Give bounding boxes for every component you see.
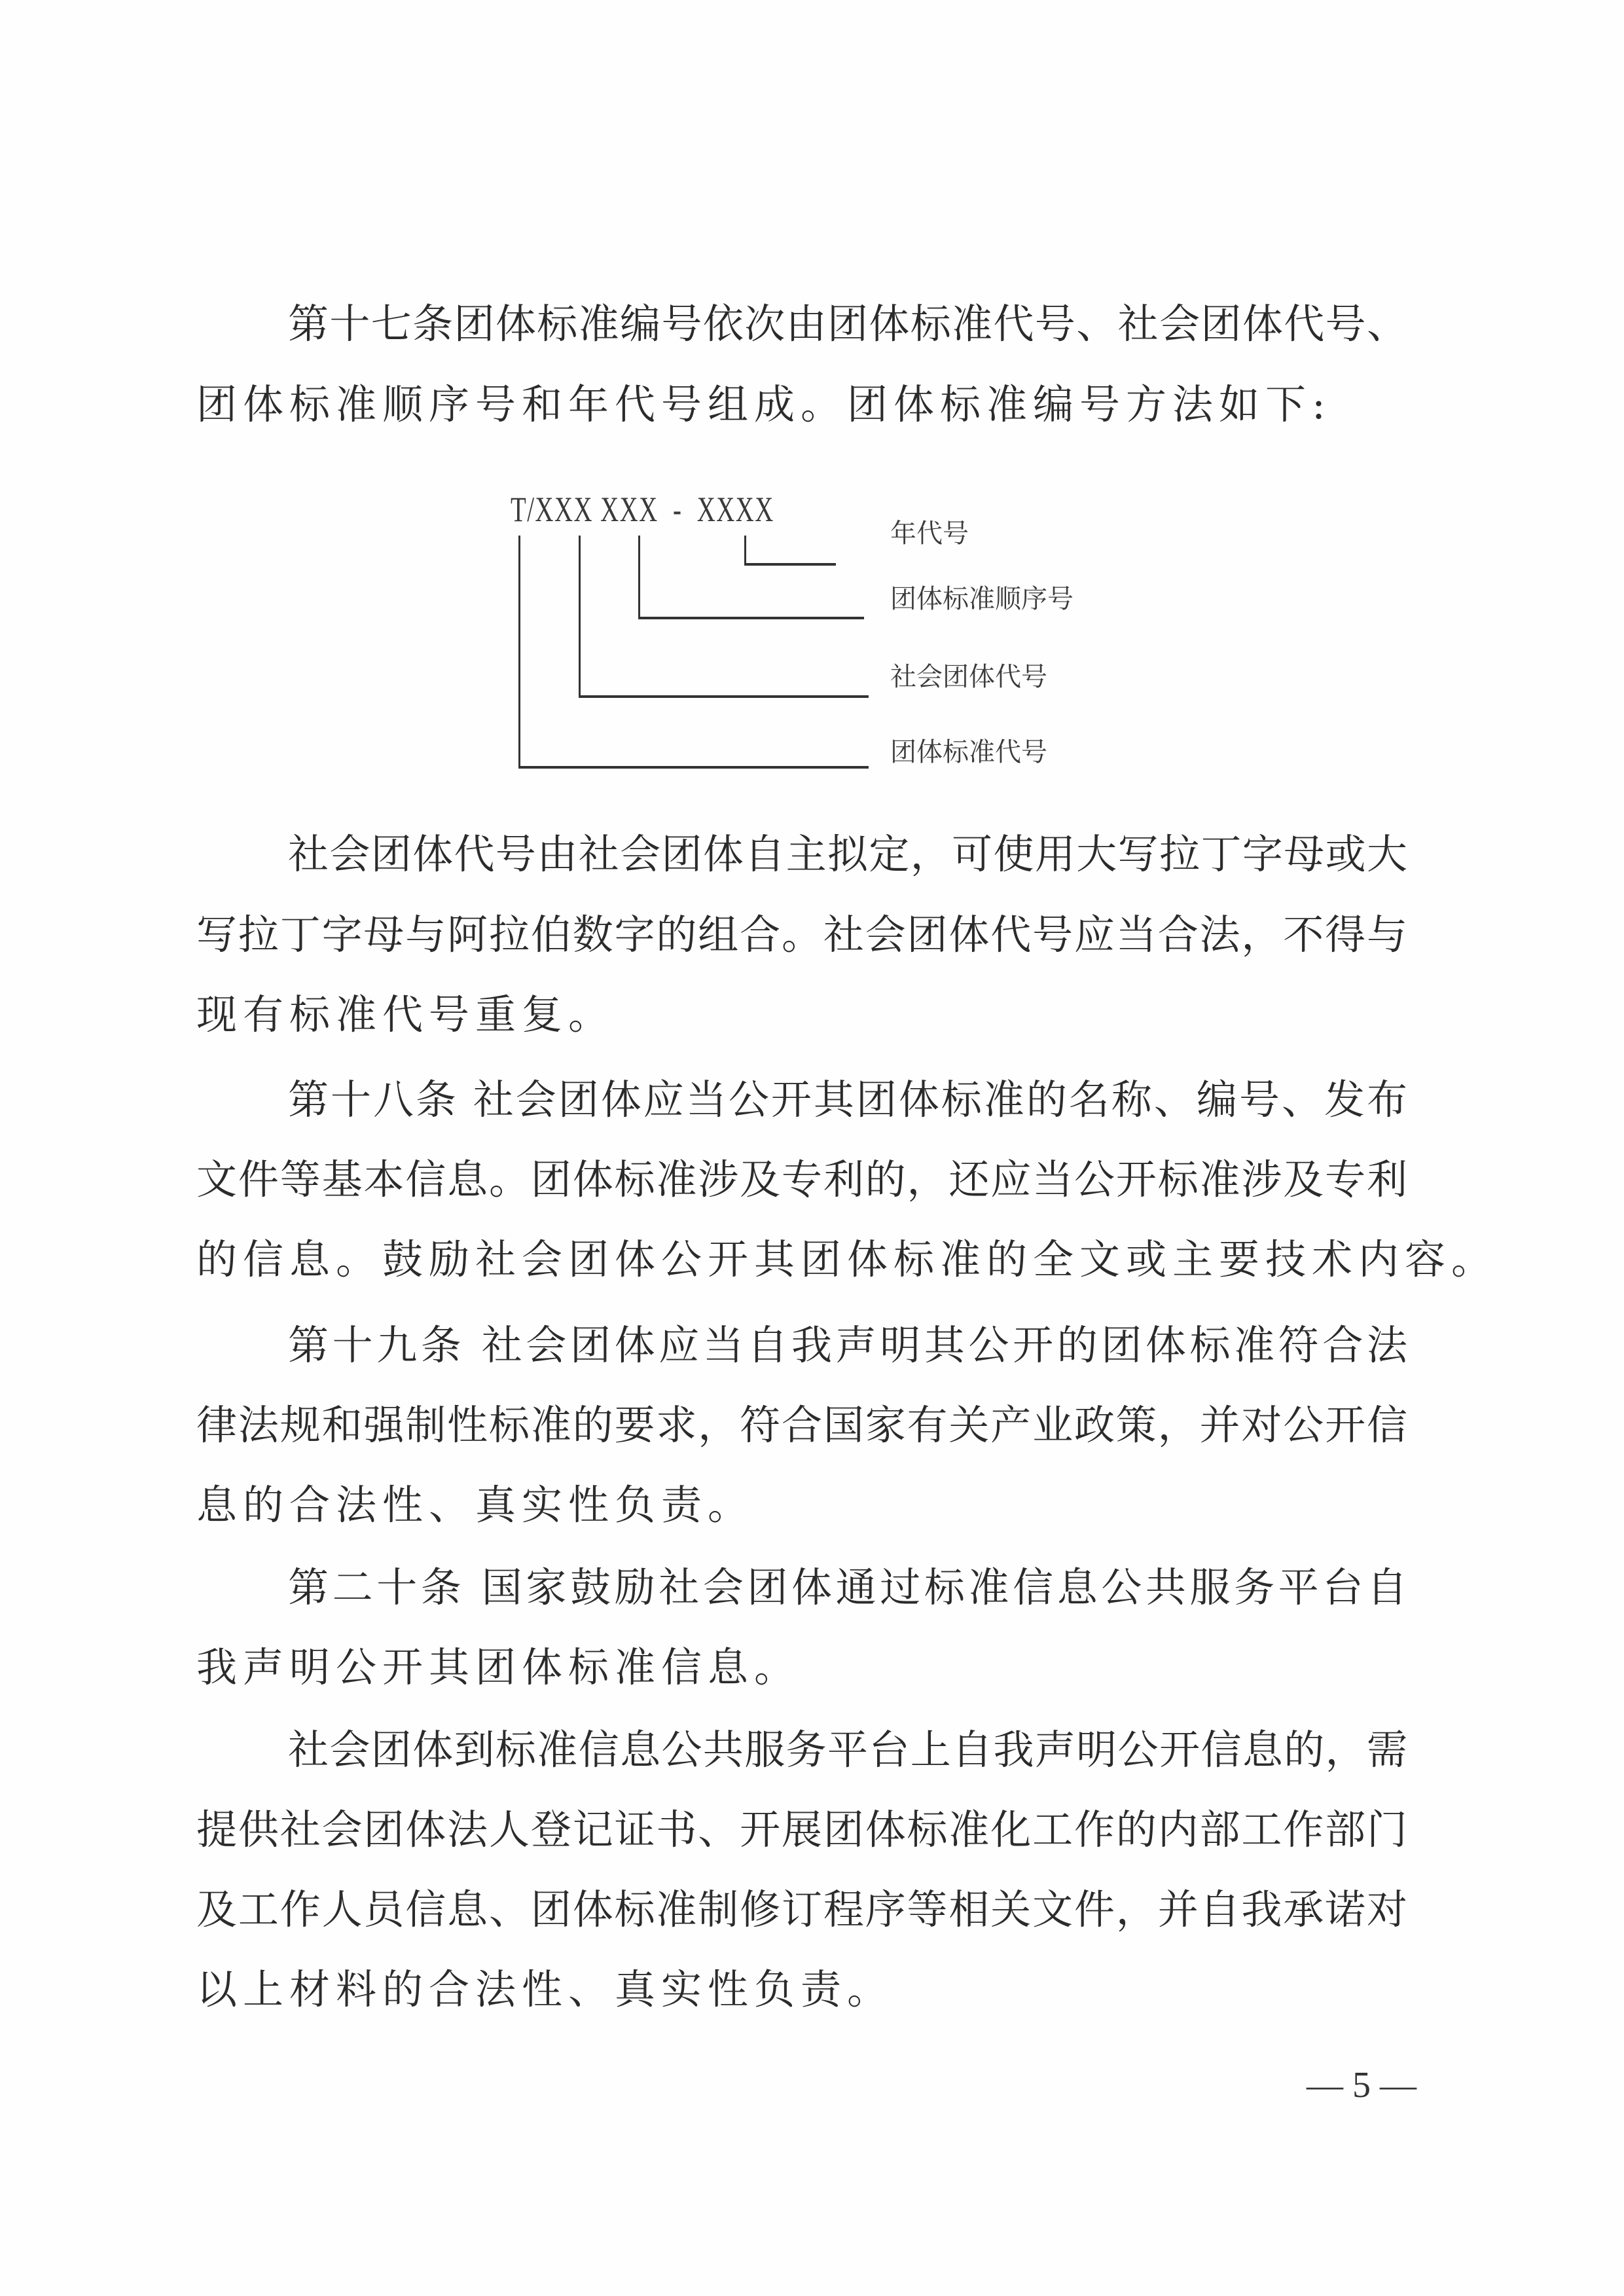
- code-desc-line-3: 现有标准代号重复。: [196, 989, 1407, 1041]
- article-18-line-1: 第十八条 社会团体应当公开其团体标准的名称、编号、发布: [288, 1074, 1407, 1126]
- standard-number-format: T/XXX XXX - XXXX: [511, 490, 774, 529]
- bracket-org-code-horizontal: [579, 695, 869, 698]
- article-20-p2-line-3: 及工作人员信息、团体标准制修订程序等相关文件，并自我承诺对: [196, 1884, 1407, 1936]
- page-number: — 5 —: [1303, 2062, 1420, 2108]
- label-sequence: 团体标准顺序号: [890, 585, 1074, 613]
- article-17-line-1: 第十七条团体标准编号依次由团体标准代号、社会团体代号、: [288, 298, 1407, 350]
- bracket-sequence-vertical: [638, 536, 640, 619]
- label-year: 年代号: [890, 519, 969, 548]
- label-org-code: 社会团体代号: [890, 663, 1047, 691]
- article-20-p2-line-1: 社会团体到标准信息公共服务平台上自我声明公开信息的，需: [288, 1724, 1407, 1776]
- bracket-year-horizontal: [744, 563, 836, 566]
- document-page: 第十七条团体标准编号依次由团体标准代号、社会团体代号、 团体标准顺序号和年代号组…: [0, 0, 1624, 2296]
- code-desc-line-1: 社会团体代号由社会团体自主拟定，可使用大写拉丁字母或大: [288, 828, 1407, 881]
- article-20-p2-line-2: 提供社会团体法人登记证书、开展团体标准化工作的内部工作部门: [196, 1804, 1407, 1856]
- article-19-line-3: 息的合法性、真实性负责。: [196, 1479, 1407, 1531]
- article-19-line-2: 律法规和强制性标准的要求，符合国家有关产业政策，并对公开信: [196, 1399, 1407, 1451]
- bracket-standard-code-horizontal: [518, 766, 869, 769]
- article-17-line-2: 团体标准顺序号和年代号组成。团体标准编号方法如下:: [196, 378, 1407, 431]
- code-desc-line-2: 写拉丁字母与阿拉伯数字的组合。社会团体代号应当合法，不得与: [196, 909, 1407, 961]
- article-19-line-1: 第十九条 社会团体应当自我声明其公开的团体标准符合法: [288, 1319, 1407, 1372]
- bracket-org-code-vertical: [579, 536, 581, 697]
- bracket-standard-code-vertical: [518, 536, 520, 768]
- bracket-year-vertical: [744, 536, 746, 564]
- article-20-line-1: 第二十条 国家鼓励社会团体通过标准信息公共服务平台自: [288, 1561, 1407, 1614]
- article-20-line-2: 我声明公开其团体标准信息。: [196, 1641, 1407, 1694]
- article-18-line-2: 文件等基本信息。团体标准涉及专利的，还应当公开标准涉及专利: [196, 1154, 1407, 1206]
- bracket-sequence-horizontal: [638, 617, 864, 619]
- label-standard-code: 团体标准代号: [890, 738, 1047, 767]
- article-18-line-3: 的信息。鼓励社会团体公开其团体标准的全文或主要技术内容。: [196, 1233, 1407, 1286]
- article-20-p2-line-4: 以上材料的合法性、真实性负责。: [196, 1963, 1407, 2016]
